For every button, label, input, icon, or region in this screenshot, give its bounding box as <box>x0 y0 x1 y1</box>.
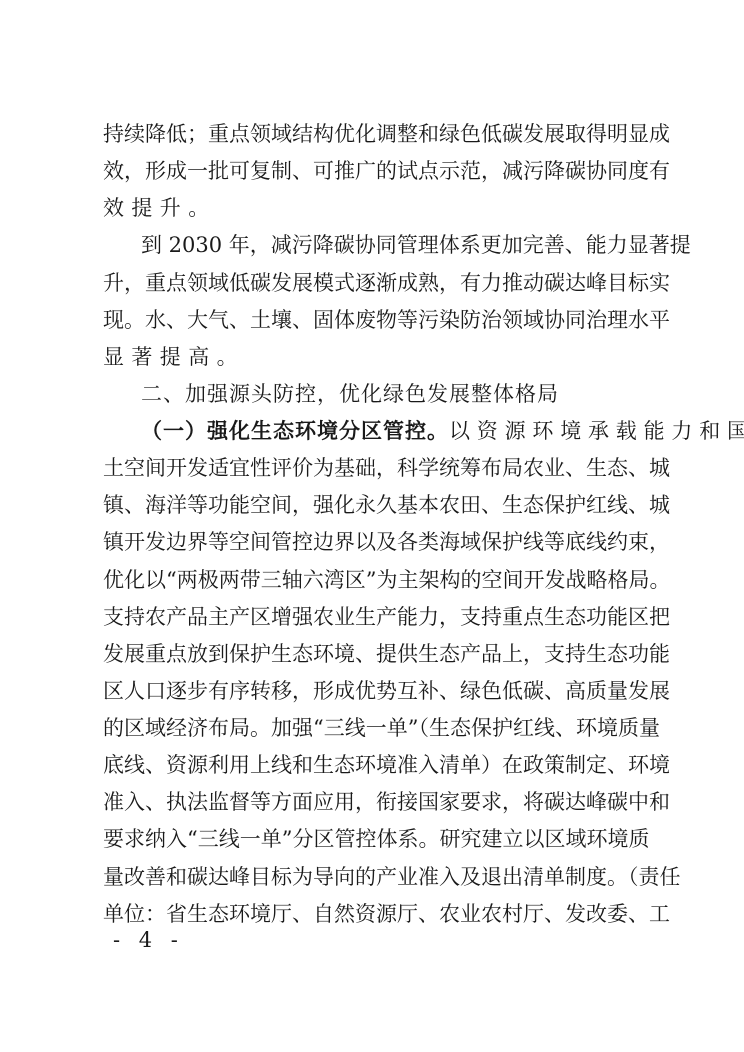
body-line: 显著提高。 <box>103 339 645 376</box>
body-line: 量改善和碳达峰目标为导向的产业准入及退出清单制度。（责任 <box>103 859 645 896</box>
body-line: 到 2030 年，减污降碳协同管理体系更加完善、能力显著提 <box>103 227 645 264</box>
body-line: 要求纳入“三线一单”分区管控体系。研究建立以区域环境质 <box>103 821 645 858</box>
body-line: 发展重点放到保护生态环境、提供生态产品上，支持生态功能 <box>103 636 645 673</box>
body-line: 底线、资源利用上线和生态环境准入清单）在政策制定、环境 <box>103 747 645 784</box>
body-line: 镇、海洋等功能空间，强化永久基本农田、生态保护红线、城 <box>103 487 645 524</box>
body-line: 支持农产品主产区增强农业生产能力，支持重点生态功能区把 <box>103 599 645 636</box>
body-line: 效提升。 <box>103 190 645 227</box>
subsection-title: （一）强化生态环境分区管控。 <box>141 413 449 450</box>
subsection-line: （一）强化生态环境分区管控。 以资源环境承载能力和国 <box>103 413 645 450</box>
body-line: 的区域经济布局。加强“三线一单”（生态保护红线、环境质量 <box>103 710 645 747</box>
body-line: 准入、执法监督等方面应用，衔接国家要求，将碳达峰碳中和 <box>103 784 645 821</box>
section-heading: 二、加强源头防控，优化绿色发展整体格局 <box>103 376 645 413</box>
page-number: - 4 - <box>113 928 184 952</box>
body-line: 土空间开发适宜性评价为基础，科学统筹布局农业、生态、城 <box>103 450 645 487</box>
body-line: 效，形成一批可复制、可推广的试点示范，减污降碳协同度有 <box>103 153 645 190</box>
body-line: 持续降低；重点领域结构优化调整和绿色低碳发展取得明显成 <box>103 116 645 153</box>
document-page: 持续降低；重点领域结构优化调整和绿色低碳发展取得明显成 效，形成一批可复制、可推… <box>103 116 645 933</box>
body-line: 现。水、大气、土壤、固体废物等污染防治领域协同治理水平 <box>103 302 645 339</box>
body-line: 镇开发边界等空间管控边界以及各类海域保护线等底线约束， <box>103 524 645 561</box>
body-line: 区人口逐步有序转移，形成优势互补、绿色低碳、高质量发展 <box>103 673 645 710</box>
body-line: 升，重点领域低碳发展模式逐渐成熟，有力推动碳达峰目标实 <box>103 265 645 302</box>
body-line: 单位：省生态环境厅、自然资源厅、农业农村厅、发改委、工 <box>103 896 645 933</box>
subsection-text: 以资源环境承载能力和国 <box>449 413 744 450</box>
body-line: 优化以“两极两带三轴六湾区”为主架构的空间开发战略格局。 <box>103 562 645 599</box>
